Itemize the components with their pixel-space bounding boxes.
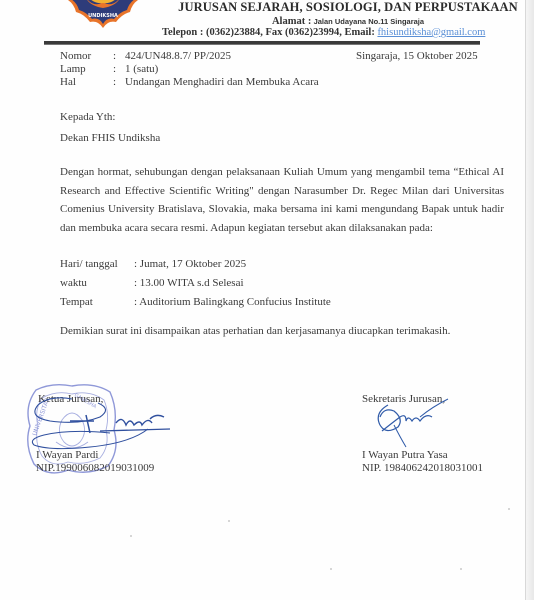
left-signatory-nip: NIP.199006082019031009 (36, 462, 154, 474)
meta-row-hal: Hal:Undangan Menghadiri dan Membuka Acar… (60, 76, 319, 88)
detail-label: Hari/ tanggal (60, 258, 134, 270)
body-paragraph: Dengan hormat, sehubungan dengan pelaksa… (60, 163, 504, 237)
detail-label: Tempat (60, 296, 134, 308)
detail-row-place: Tempat: Auditorium Balingkang Confucius … (60, 296, 331, 308)
recipient-name: Dekan FHIS Undiksha (60, 132, 160, 144)
meta-label: Hal (60, 76, 113, 88)
meta-value: Undangan Menghadiri dan Membuka Acara (125, 76, 319, 88)
detail-label: waktu (60, 277, 134, 289)
scan-speck (460, 568, 462, 570)
scan-speck (508, 508, 510, 510)
scan-speck (330, 568, 332, 570)
closing-sentence: Demikian surat ini disampaikan atas perh… (60, 325, 450, 337)
letterhead-divider (44, 41, 480, 45)
address-value: Jalan Udayana No.11 Singaraja (314, 17, 424, 26)
address-label: Alamat : (272, 16, 311, 27)
meta-value: 424/UN48.8.7/ PP/2025 (125, 50, 231, 62)
letter-date: Singaraja, 15 Oktober 2025 (356, 50, 478, 62)
department-address: Alamat : Jalan Udayana No.11 Singaraja (178, 16, 518, 27)
detail-row-date: Hari/ tanggal: Jumat, 17 Oktober 2025 (60, 258, 246, 270)
contact-phone-fax: Telepon : (0362)23884, Fax (0362)23994, … (162, 27, 377, 38)
detail-value: : Auditorium Balingkang Confucius Instit… (134, 296, 331, 308)
meta-label: Nomor (60, 50, 113, 62)
detail-value: : 13.00 WITA s.d Selesai (134, 277, 244, 289)
university-logo-icon: UNDIKSHA (64, 0, 142, 32)
meta-separator: : (113, 76, 125, 88)
meta-separator: : (113, 50, 125, 62)
detail-row-time: waktu: 13.00 WITA s.d Selesai (60, 277, 244, 289)
meta-label: Lamp (60, 63, 113, 75)
svg-text:UNDIKSHA: UNDIKSHA (88, 13, 118, 19)
right-signatory-nip: NIP. 198406242018031001 (362, 462, 483, 474)
left-signatory-name: I Wayan Pardi (36, 449, 98, 461)
right-signature-icon (370, 395, 460, 450)
meta-row-nomor: Nomor:424/UN48.8.7/ PP/2025 (60, 50, 231, 62)
department-contact: Telepon : (0362)23884, Fax (0362)23994, … (162, 27, 534, 38)
meta-row-lamp: Lamp:1 (satu) (60, 63, 158, 75)
scan-speck (228, 520, 230, 522)
detail-value: : Jumat, 17 Oktober 2025 (134, 258, 246, 270)
scan-speck (130, 535, 132, 537)
email-link[interactable]: fhisundiksha@gmail.com (377, 27, 485, 38)
recipient-salutation: Kepada Yth: (60, 111, 116, 123)
department-name: JURUSAN SEJARAH, SOSIOLOGI, DAN PERPUSTA… (178, 0, 518, 15)
meta-value: 1 (satu) (125, 63, 158, 75)
meta-separator: : (113, 63, 125, 75)
letter-page: UNDIKSHA JURUSAN SEJARAH, SOSIOLOGI, DAN… (0, 0, 534, 600)
page-edge (525, 0, 534, 600)
right-signatory-name: I Wayan Putra Yasa (362, 449, 448, 461)
